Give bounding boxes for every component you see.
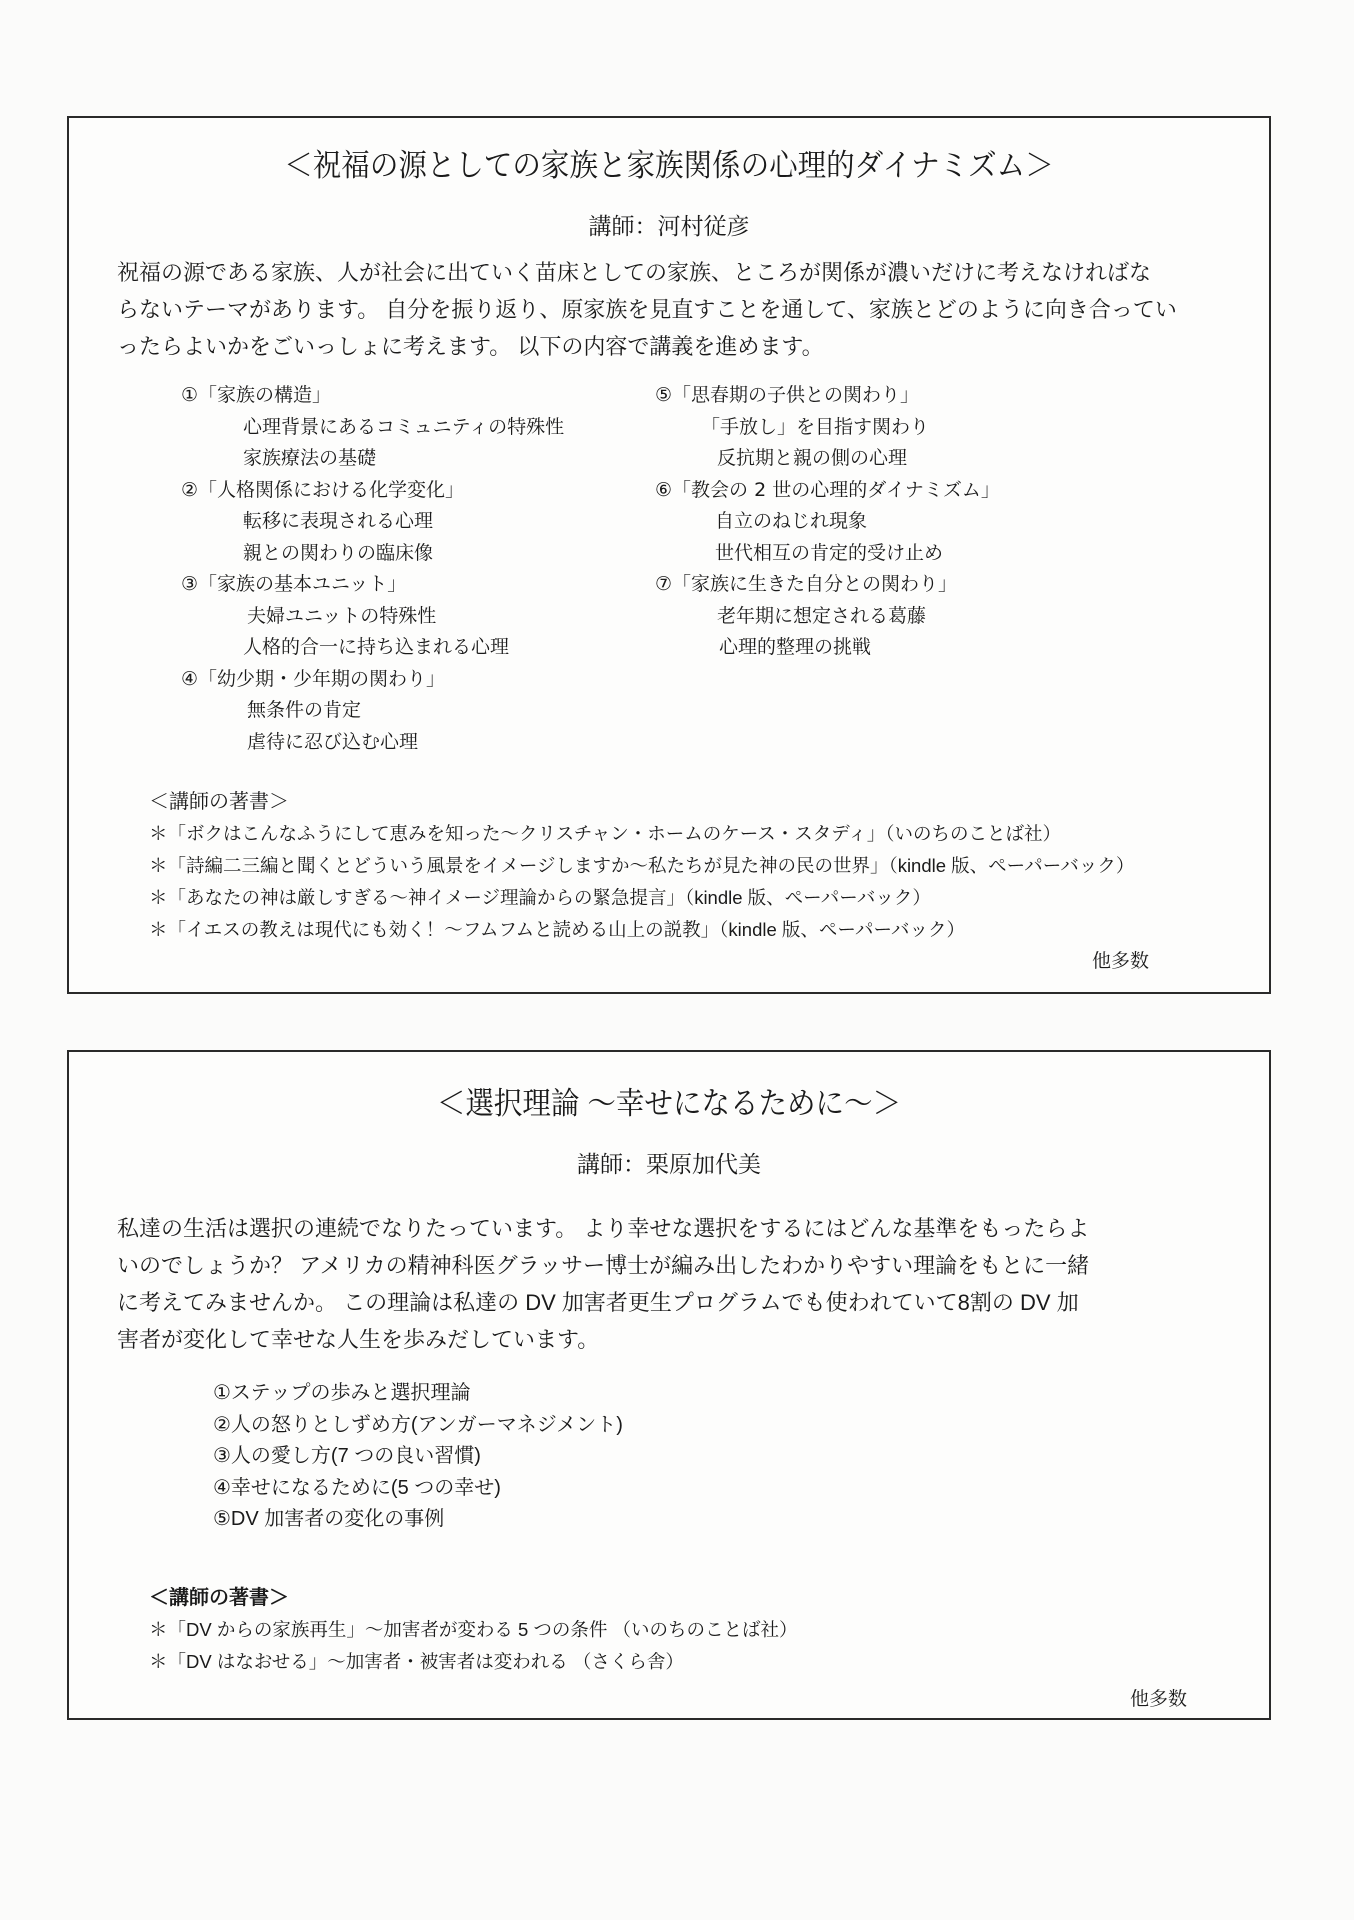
lecture-intro: 祝福の源である家族、人が社会に出ていく苗床としての家族、ところが関係が濃いだけに… <box>117 254 1227 365</box>
intro-line: 祝福の源である家族、人が社会に出ていく苗床としての家族、ところが関係が濃いだけに… <box>117 254 1227 291</box>
books-more-note: 他多数 <box>149 946 1249 978</box>
topic-item: ⑤DV 加害者の変化の事例 <box>213 1504 623 1536</box>
topic-heading: ②「人格関係における化学変化」 <box>181 475 564 507</box>
lecture-box-choice-theory: ＜選択理論 ～幸せになるために～＞ 講師：栗原加代美 私達の生活は選択の連続でな… <box>67 1050 1271 1720</box>
lecturer-name: 講師：河村従彦 <box>69 208 1269 241</box>
topic-sub: 親との関わりの臨床像 <box>181 538 564 570</box>
topic-sub: 「手放し」を目指す関わり <box>655 412 1000 444</box>
lecture-box-family-dynamics: ＜祝福の源としての家族と家族関係の心理的ダイナミズム＞ 講師：河村従彦 祝福の源… <box>67 116 1271 994</box>
topic-sub: 老年期に想定される葛藤 <box>655 601 1000 633</box>
intro-line: らないテーマがあります。 自分を振り返り、原家族を見直すことを通して、家族とどの… <box>117 291 1227 328</box>
lecture-intro: 私達の生活は選択の連続でなりたっています。 より幸せな選択をするにはどんな基準を… <box>117 1210 1227 1358</box>
lecturer-name: 講師：栗原加代美 <box>69 1146 1269 1179</box>
book-item: ＊「詩編二三編と聞くとどういう風景をイメージしますか～私たちが見た神の民の世界」… <box>149 850 1249 882</box>
topic-heading: ④「幼少期・少年期の関わり」 <box>181 664 564 696</box>
book-item: ＊「DV はなおせる」～加害者・被害者は変われる （さくら舎） <box>149 1646 1249 1678</box>
books-heading: ＜講師の著書＞ <box>149 1582 1249 1614</box>
intro-line: に考えてみませんか。 この理論は私達の DV 加害者更生プログラムでも使われてい… <box>117 1284 1227 1321</box>
book-item: ＊「ボクはこんなふうにして恵みを知った～クリスチャン・ホームのケース・スタディ」… <box>149 818 1249 850</box>
books-more-note: 他多数 <box>149 1684 1249 1716</box>
choice-theory-topics: ①ステップの歩みと選択理論 ②人の怒りとしずめ方(アンガーマネジメント) ③人の… <box>213 1378 623 1536</box>
lecturer-books: ＜講師の著書＞ ＊「DV からの家族再生」～加害者が変わる 5 つの条件 （いの… <box>149 1582 1249 1716</box>
intro-line: 害者が変化して幸せな人生を歩みだしています。 <box>117 1321 1227 1358</box>
intro-line: ったらよいかをごいっしょに考えます。 以下の内容で講義を進めます。 <box>117 328 1227 365</box>
topic-sub: 心理的整理の挑戦 <box>655 632 1000 664</box>
topic-sub: 人格的合一に持ち込まれる心理 <box>181 632 564 664</box>
topic-sub: 世代相互の肯定的受け止め <box>655 538 1000 570</box>
topic-heading: ⑤「思春期の子供との関わり」 <box>655 380 1000 412</box>
topic-sub: 反抗期と親の側の心理 <box>655 443 1000 475</box>
book-item: ＊「イエスの教えは現代にも効く！～フムフムと読める山上の説教」（kindle 版… <box>149 914 1249 946</box>
topic-heading: ③「家族の基本ユニット」 <box>181 569 564 601</box>
books-heading: ＜講師の著書＞ <box>149 786 1249 818</box>
lecturer-books: ＜講師の著書＞ ＊「ボクはこんなふうにして恵みを知った～クリスチャン・ホームのケ… <box>149 786 1249 978</box>
topic-item: ②人の怒りとしずめ方(アンガーマネジメント) <box>213 1410 623 1442</box>
topic-sub: 虐待に忍び込む心理 <box>181 727 564 759</box>
topic-item: ③人の愛し方(7 つの良い習慣) <box>213 1441 623 1473</box>
topic-item: ④幸せになるために(5 つの幸せ) <box>213 1473 623 1505</box>
topic-sub: 夫婦ユニットの特殊性 <box>181 601 564 633</box>
topic-sub: 家族療法の基礎 <box>181 443 564 475</box>
topic-sub: 無条件の肯定 <box>181 695 564 727</box>
topic-item: ①ステップの歩みと選択理論 <box>213 1378 623 1410</box>
topic-sub: 自立のねじれ現象 <box>655 506 1000 538</box>
intro-line: いのでしょうか？ アメリカの精神科医グラッサー博士が編み出したわかりやすい理論を… <box>117 1247 1227 1284</box>
lecture-title: ＜祝福の源としての家族と家族関係の心理的ダイナミズム＞ <box>117 140 1221 185</box>
book-item: ＊「DV からの家族再生」～加害者が変わる 5 つの条件 （いのちのことば社） <box>149 1614 1249 1646</box>
lecture-title: ＜選択理論 ～幸せになるために～＞ <box>117 1078 1221 1123</box>
topics-left-column: ①「家族の構造」 心理背景にあるコミュニティの特殊性 家族療法の基礎 ②「人格関… <box>181 380 564 758</box>
book-item: ＊「あなたの神は厳しすぎる～神イメージ理論からの緊急提言」（kindle 版、ペ… <box>149 882 1249 914</box>
topic-sub: 心理背景にあるコミュニティの特殊性 <box>181 412 564 444</box>
topic-heading: ①「家族の構造」 <box>181 380 564 412</box>
topics-right-column: ⑤「思春期の子供との関わり」 「手放し」を目指す関わり 反抗期と親の側の心理 ⑥… <box>655 380 1000 664</box>
topic-sub: 転移に表現される心理 <box>181 506 564 538</box>
intro-line: 私達の生活は選択の連続でなりたっています。 より幸せな選択をするにはどんな基準を… <box>117 1210 1227 1247</box>
topic-heading: ⑥「教会の 2 世の心理的ダイナミズム」 <box>655 475 1000 507</box>
topic-heading: ⑦「家族に生きた自分との関わり」 <box>655 569 1000 601</box>
